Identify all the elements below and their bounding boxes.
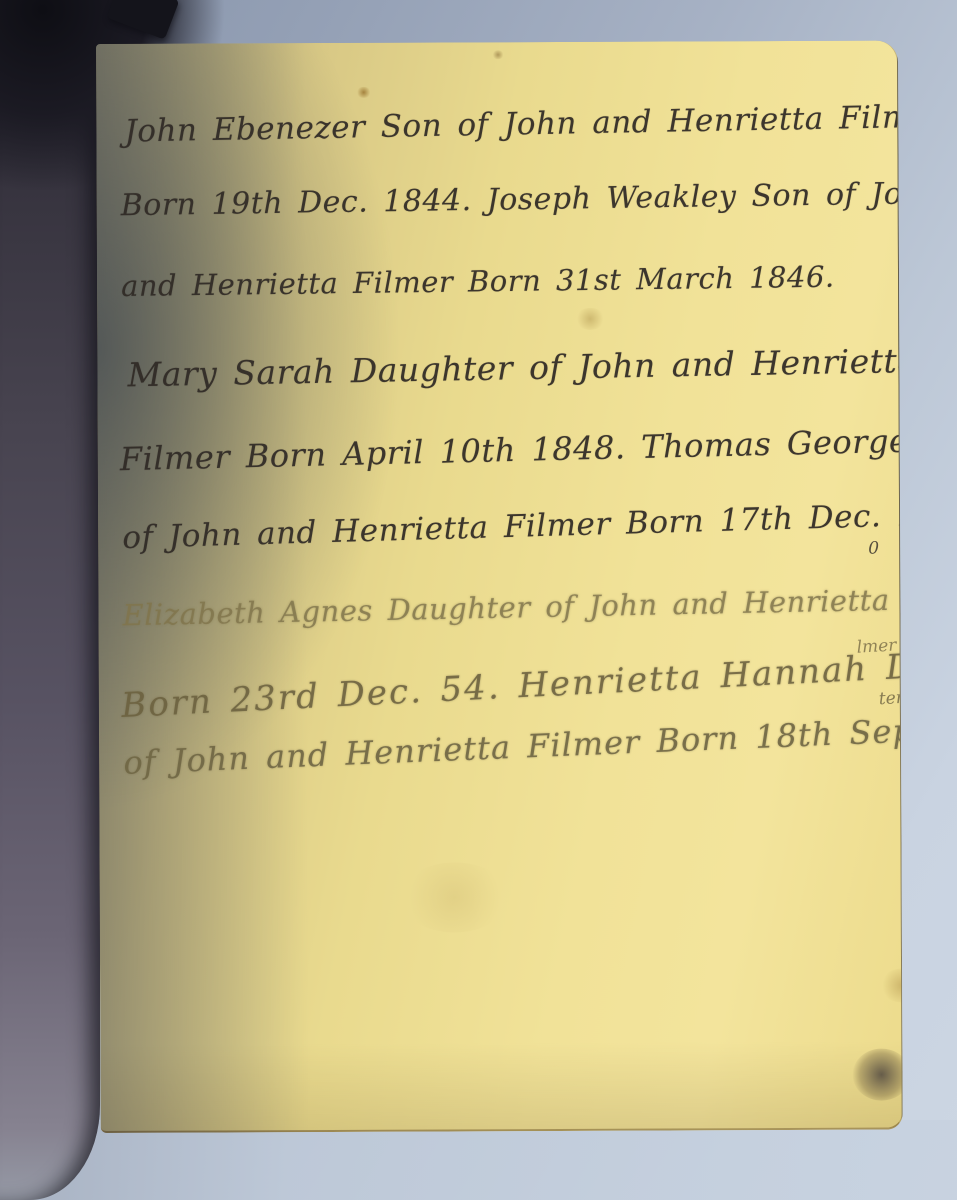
foxing-stain xyxy=(880,968,903,1002)
interline-word-daughter-tail: ter xyxy=(878,688,902,709)
handwriting-line-4: Mary Sarah Daughter of John and Henriett… xyxy=(127,341,903,394)
faint-discoloration xyxy=(400,862,510,932)
interline-digit: 0 xyxy=(868,539,879,559)
handwriting-line-8: Born 23rd Dec. 54. Henrietta Hannah Daug… xyxy=(120,642,902,726)
handwriting-line-2: Born 19th Dec. 1844. Joseph Weakley Son … xyxy=(120,176,902,223)
handwriting-line-3: and Henrietta Filmer Born 31st March 184… xyxy=(121,260,835,303)
handwriting-line-7: Elizabeth Agnes Daughter of John and Hen… xyxy=(122,582,903,632)
book-photo: John Ebenezer Son of John and Henrietta … xyxy=(0,0,957,1200)
handwriting-line-1: John Ebenezer Son of John and Henrietta … xyxy=(124,99,903,150)
handwriting-line-6: of John and Henrietta Filmer Born 17th D… xyxy=(122,496,903,556)
interline-word-filmer-tail: lmer xyxy=(856,635,897,657)
dark-smudge-stain xyxy=(852,1048,902,1100)
foxing-stain xyxy=(492,50,504,59)
foxing-stain xyxy=(356,87,371,98)
register-page: John Ebenezer Son of John and Henrietta … xyxy=(96,41,903,1133)
handwriting-line-5: Filmer Born April 10th 1848. Thomas Geor… xyxy=(119,420,902,478)
foxing-stain xyxy=(575,308,605,330)
